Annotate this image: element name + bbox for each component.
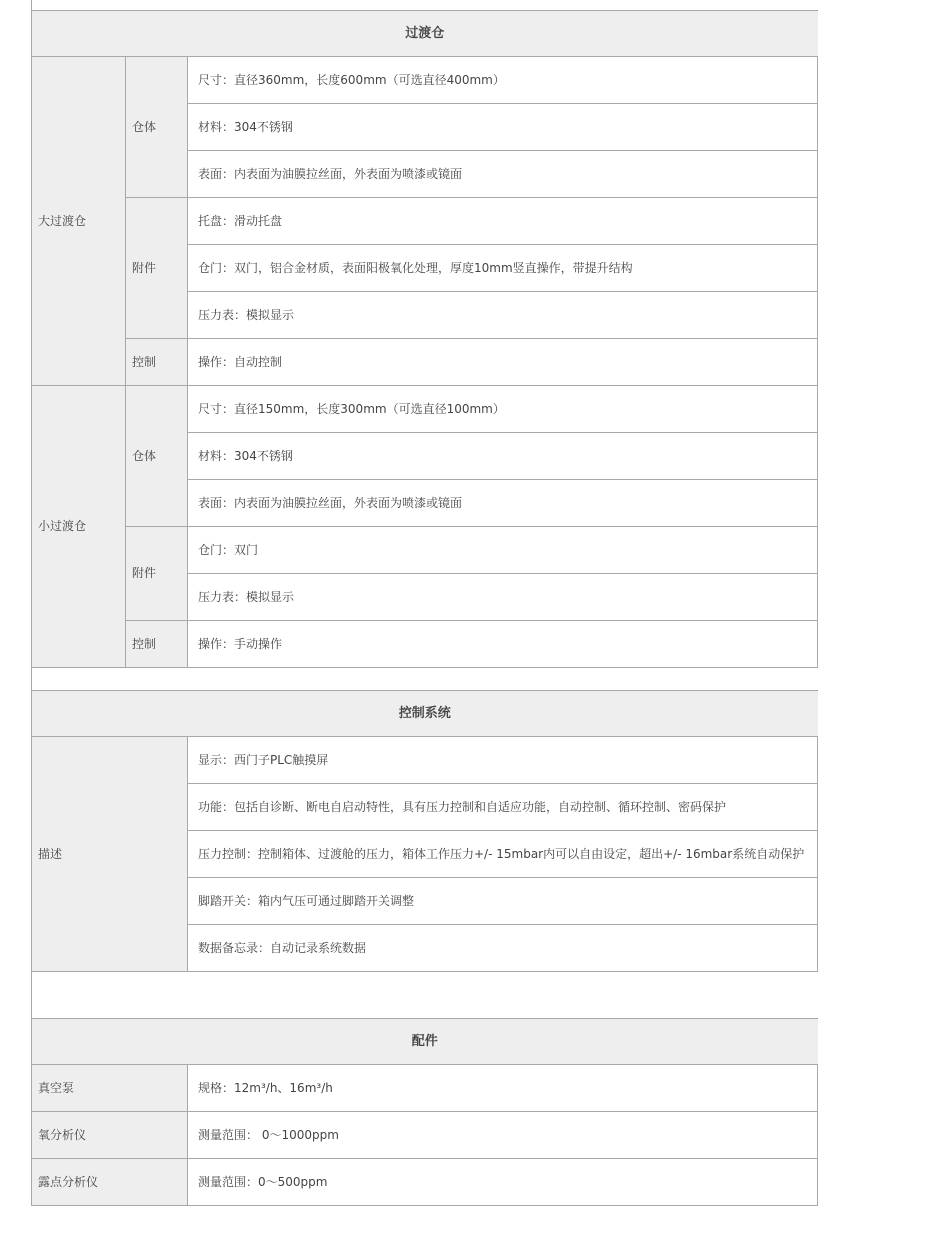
subgroup-label: 仓体 [126, 57, 188, 198]
control-system-table: 控制系统 描述 显示：西门子PLC触摸屏 功能：包括自诊断、断电自启动特性，具有… [31, 690, 818, 972]
spec-value: 压力控制：控制箱体、过渡舱的压力，箱体工作压力+/- 15mbar内可以自由设定… [188, 831, 818, 878]
group-label: 大过渡仓 [32, 57, 126, 386]
section-title: 控制系统 [32, 691, 818, 737]
spec-value: 材料：304不锈钢 [188, 433, 818, 480]
spec-value: 压力表：模拟显示 [188, 574, 818, 621]
accessory-name: 露点分析仪 [32, 1159, 188, 1206]
accessory-spec: 测量范围： 0～1000ppm [188, 1112, 818, 1159]
spec-value: 显示：西门子PLC触摸屏 [188, 737, 818, 784]
spec-value: 压力表：模拟显示 [188, 292, 818, 339]
spec-value: 尺寸：直径150mm，长度300mm（可选直径100mm） [188, 386, 818, 433]
accessory-name: 真空泵 [32, 1065, 188, 1112]
section-gap [31, 668, 817, 690]
previous-table-fragment [31, 0, 817, 10]
subgroup-label: 控制 [126, 621, 188, 668]
spec-value: 数据备忘录：自动记录系统数据 [188, 925, 818, 972]
section-title: 过渡仓 [32, 11, 818, 57]
spec-value: 表面：内表面为油膜拉丝面，外表面为喷漆或镜面 [188, 480, 818, 527]
spec-value: 功能：包括自诊断、断电自启动特性，具有压力控制和自适应功能，自动控制、循环控制、… [188, 784, 818, 831]
subgroup-label: 仓体 [126, 386, 188, 527]
subgroup-label: 附件 [126, 198, 188, 339]
spec-sheet: 过渡仓 大过渡仓 仓体 尺寸：直径360mm，长度600mm（可选直径400mm… [31, 0, 817, 1206]
spec-value: 操作：手动操作 [188, 621, 818, 668]
spec-value: 脚踏开关：箱内气压可通过脚踏开关调整 [188, 878, 818, 925]
spec-value: 尺寸：直径360mm，长度600mm（可选直径400mm） [188, 57, 818, 104]
section-title: 配件 [32, 1019, 818, 1065]
spec-value: 仓门：双门，铝合金材质，表面阳极氧化处理，厚度10mm竖直操作，带提升结构 [188, 245, 818, 292]
spec-value: 托盘：滑动托盘 [188, 198, 818, 245]
transition-chamber-table: 过渡仓 大过渡仓 仓体 尺寸：直径360mm，长度600mm（可选直径400mm… [31, 10, 818, 668]
spec-value: 操作：自动控制 [188, 339, 818, 386]
spec-value: 表面：内表面为油膜拉丝面，外表面为喷漆或镜面 [188, 151, 818, 198]
accessory-spec: 规格：12m³/h、16m³/h [188, 1065, 818, 1112]
group-label: 小过渡仓 [32, 386, 126, 668]
subgroup-label: 附件 [126, 527, 188, 621]
accessory-name: 氧分析仪 [32, 1112, 188, 1159]
spec-value: 材料：304不锈钢 [188, 104, 818, 151]
accessories-table: 配件 真空泵 规格：12m³/h、16m³/h 氧分析仪 测量范围： 0～100… [31, 1018, 818, 1206]
accessory-spec: 测量范围：0～500ppm [188, 1159, 818, 1206]
subgroup-label: 控制 [126, 339, 188, 386]
section-gap [31, 972, 817, 1018]
description-label: 描述 [32, 737, 188, 972]
spec-value: 仓门：双门 [188, 527, 818, 574]
